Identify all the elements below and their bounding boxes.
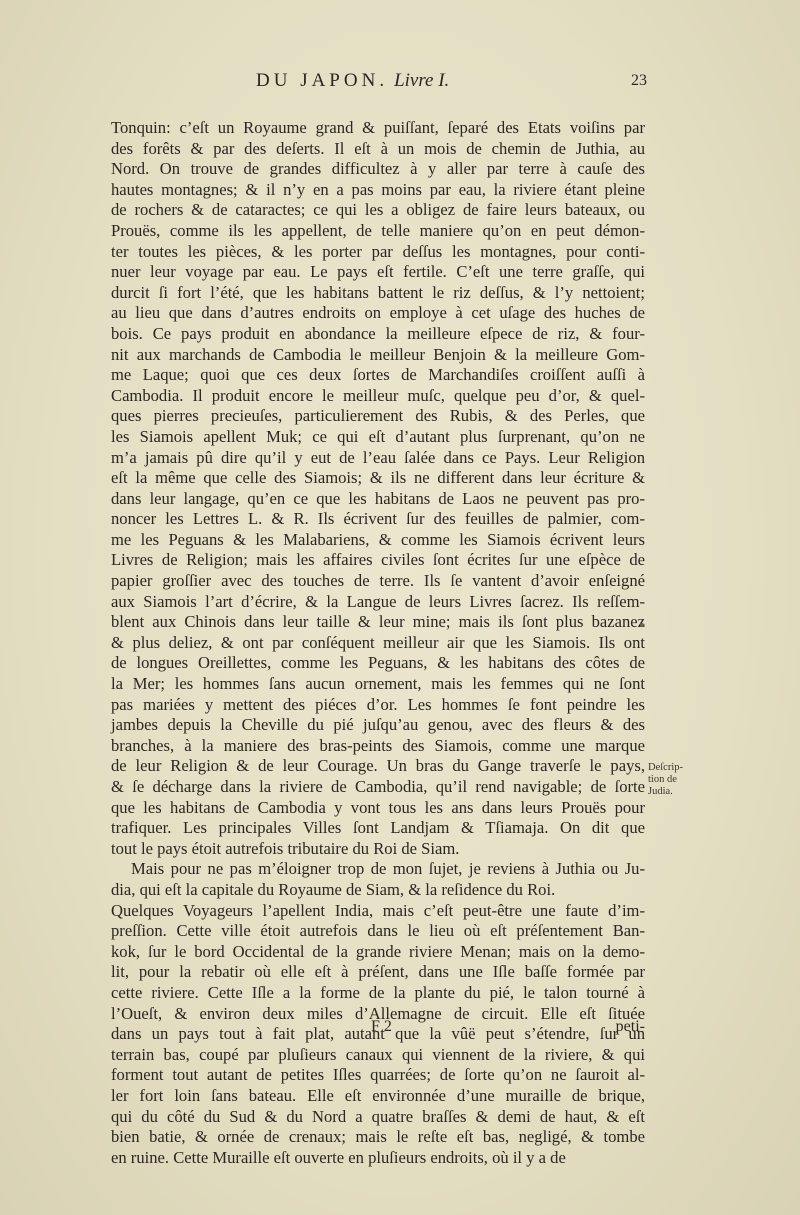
text-line: Cambodia. Il produit encore le meilleur … xyxy=(111,386,645,407)
text-line: me les Peguans & les Malabariens, & comm… xyxy=(111,530,645,551)
text-line: kok, ſur le bord Occidental de la grande… xyxy=(111,942,645,963)
text-line: pas mariées y mettent des piéces d’or. L… xyxy=(111,695,645,716)
signature-mark: F 2 xyxy=(371,1018,392,1036)
running-title-text: DU JAPON. xyxy=(256,70,388,91)
text-line: & plus deliez, & ont par conſéquent meil… xyxy=(111,633,645,654)
text-line: de leur Religion & de leur Courage. Un b… xyxy=(111,756,645,777)
book-number: Livre I. xyxy=(394,70,449,91)
page-footer: F 2 peti- xyxy=(111,1018,645,1040)
book-page: DU JAPON.Livre I. 23 Tonquin: c’eſt un R… xyxy=(0,0,800,1215)
text-line: terrain bas, coupé par pluſieurs canaux … xyxy=(111,1045,645,1066)
text-line: Nord. On trouve de grandes difficultez à… xyxy=(111,159,645,180)
text-line: noncer les Lettres L. & R. Ils écrivent … xyxy=(111,509,645,530)
text-line: ter toutes les pièces, & les porter par … xyxy=(111,242,645,263)
text-line: eſt la même que celle des Siamois; & ils… xyxy=(111,468,645,489)
marginal-note-line: tion de xyxy=(648,774,708,786)
text-line: bois. Ce pays produit en abondance la me… xyxy=(111,324,645,345)
text-line: qui du côté du Sud & du Nord a quatre br… xyxy=(111,1107,645,1128)
body-text: Tonquin: c’eſt un Royaume grand & puiſſa… xyxy=(111,118,645,1168)
text-line: trafiquer. Les principales Villes ſont L… xyxy=(111,818,645,839)
text-line: me Laque; quoi que ces deux ſortes de Ma… xyxy=(111,365,645,386)
text-line: Prouës, comme ils les appellent, de tell… xyxy=(111,221,645,242)
text-line: preſſion. Cette ville étoit autrefois da… xyxy=(111,921,645,942)
text-line: ler fort loin ſans bateau. Elle eſt envi… xyxy=(111,1086,645,1107)
text-line: hautes montagnes; & il n’y en a pas moin… xyxy=(111,180,645,201)
text-line: de longues Oreillettes, comme les Peguan… xyxy=(111,653,645,674)
text-line: lit, pour la rebatir où elle eſt à préſe… xyxy=(111,962,645,983)
text-line: nit aux marchands de Cambodia le meilleu… xyxy=(111,345,645,366)
marginal-note: Deſcrip- tion de Judia. xyxy=(648,762,708,798)
text-line: en ruine. Cette Muraille eſt ouverte en … xyxy=(111,1148,645,1169)
text-line: branches, à la maniere des bras-peints d… xyxy=(111,736,645,757)
text-line: Livres de Religion; mais les affaires ci… xyxy=(111,550,645,571)
text-line: jambes depuis la Cheville du pié juſqu’a… xyxy=(111,715,645,736)
text-line: blent aux Chinois dans leur taille & leu… xyxy=(111,612,645,633)
marginal-note-line: Deſcrip- xyxy=(648,762,708,774)
text-line: Mais pour ne pas m’éloigner trop de mon … xyxy=(111,859,645,880)
text-line: cette riviere. Cette Iſle a la forme de … xyxy=(111,983,645,1004)
text-line: dia, qui eſt la capitale du Royaume de S… xyxy=(111,880,645,901)
text-line: des forêts & par des deſerts. Il eſt à u… xyxy=(111,139,645,160)
running-title: DU JAPON.Livre I. xyxy=(256,70,449,92)
marginal-note-line: Judia. xyxy=(648,786,708,798)
text-line: que les habitans de Cambodia y vont tous… xyxy=(111,798,645,819)
text-line: Tonquin: c’eſt un Royaume grand & puiſſa… xyxy=(111,118,645,139)
text-line: Quelques Voyageurs l’apellent India, mai… xyxy=(111,901,645,922)
ink-speck xyxy=(640,623,644,627)
text-line: durcit ſi fort l’été, que les habitans b… xyxy=(111,283,645,304)
catchword: peti- xyxy=(616,1018,645,1036)
text-line: tout le pays étoit autrefois tributaire … xyxy=(111,839,645,860)
page-number: 23 xyxy=(631,72,647,90)
text-line: ques pierres precieuſes, particulieremen… xyxy=(111,406,645,427)
text-line: papier groſſier avec des touches de terr… xyxy=(111,571,645,592)
text-line: m’a jamais pû dire qu’il y eut de l’eau … xyxy=(111,448,645,469)
text-line: la Mer; les hommes ſans aucun ornement, … xyxy=(111,674,645,695)
running-head: DU JAPON.Livre I. 23 xyxy=(111,70,645,94)
text-line: forment tout autant de petites Iſles qua… xyxy=(111,1065,645,1086)
text-line: les Siamois apellent Muk; ce qui eſt d’a… xyxy=(111,427,645,448)
text-line: de rochers & de cataractes; ce qui les a… xyxy=(111,200,645,221)
text-line: nuer leur voyage par eau. Le pays eſt fe… xyxy=(111,262,645,283)
text-line: au lieu que dans d’autres endroits on em… xyxy=(111,303,645,324)
text-line: & ſe décharge dans la riviere de Cambodi… xyxy=(111,777,645,798)
text-line: aux Siamois l’art d’écrire, & la Langue … xyxy=(111,592,645,613)
text-line: bien batie, & ornée de crenaux; mais le … xyxy=(111,1127,645,1148)
text-line: dans leur langage, qu’en ce que les habi… xyxy=(111,489,645,510)
